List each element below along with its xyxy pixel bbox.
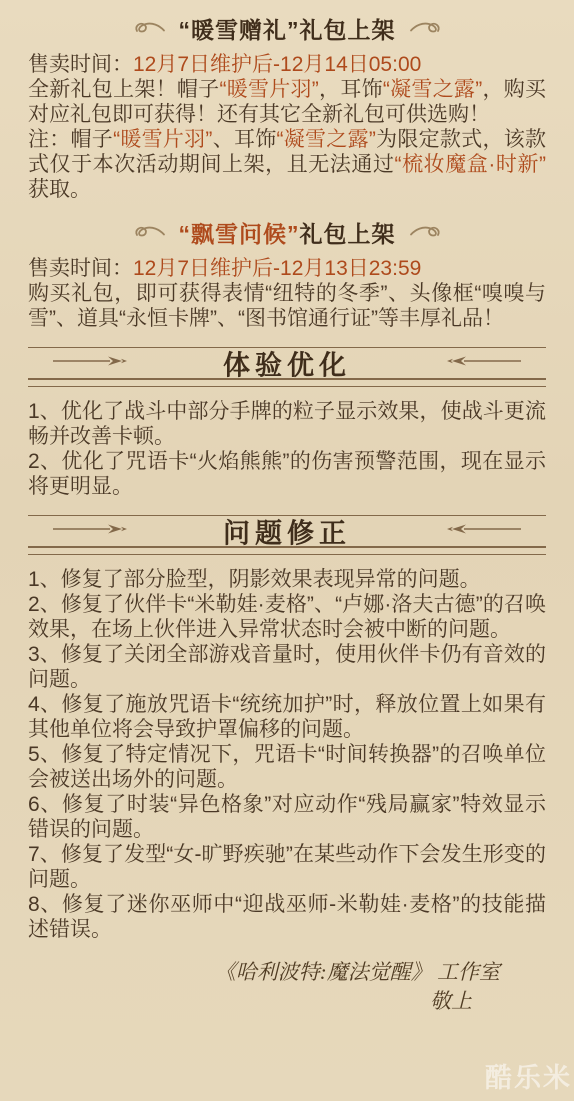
sale-time-value: 12月7日维护后-12月13日23:59 (133, 257, 421, 280)
signature-block: 《哈利波特:魔法觉醒》 工作室 敬上 (28, 958, 546, 1016)
arrow-left-icon (444, 522, 522, 540)
list-item: 1、优化了战斗中部分手牌的粒子显示效果，使战斗更流畅并改善卡顿。 (28, 399, 546, 449)
accent-text: “暖雪片羽” (219, 78, 318, 101)
accent-text: “凝雪之露” (277, 128, 376, 151)
pack2-title-accent: “飘雪问候” (179, 221, 300, 247)
pack1-note-paragraph: 注：帽子“暖雪片羽”、耳饰“凝雪之露”为限定款式，该款式仅于本次活动期间上架，且… (28, 127, 546, 202)
pack1-sale-time-row: 售卖时间：12月7日维护后-12月14日05:00 (28, 52, 546, 77)
plain-text: 获取。 (28, 178, 91, 201)
list-item: 3、修复了关闭全部游戏音量时，使用伙伴卡仍有音效的问题。 (28, 642, 546, 692)
list-item: 4、修复了施放咒语卡“统统加护”时，释放位置上如果有其他单位将会导致护罩偏移的问… (28, 692, 546, 742)
list-item: 2、优化了咒语卡“火焰熊熊”的伤害预警范围，现在显示将更明显。 (28, 449, 546, 499)
plain-text: 、耳饰 (212, 128, 276, 151)
pack1-header: “暖雪赠礼”礼包上架 (28, 12, 546, 44)
sale-time-label: 售卖时间： (28, 53, 133, 76)
announcement-page: “暖雪赠礼”礼包上架 售卖时间：12月7日维护后-12月14日05:00 全新礼… (0, 0, 574, 1101)
banner-title-row: 问题修正 (28, 516, 546, 546)
list-item: 1、修复了部分脸型，阴影效果表现异常的问题。 (28, 567, 546, 592)
pack2-title-rest: 礼包上架 (300, 221, 396, 247)
plain-text: 购买礼包，即可获得表情“纽特的冬季”、头像框“嗅嗅与雪”、道具“永恒卡牌”、“图… (28, 282, 546, 330)
list-item: 6、修复了时装“异色格象”对应动作“残局赢家”特效显示错误的问题。 (28, 792, 546, 842)
accent-text: “暖雪片羽” (113, 128, 212, 151)
signature-signoff: 敬上 (28, 987, 500, 1016)
sale-time-value: 12月7日维护后-12月14日05:00 (133, 53, 421, 76)
list-item: 2、修复了伙伴卡“米勒娃·麦格”、“卢娜·洛夫古德”的召唤效果，在场上伙伴进入异… (28, 592, 546, 642)
list-item: 5、修复了特定情况下，咒语卡“时间转换器”的召唤单位会被送出场外的问题。 (28, 742, 546, 792)
pack2-header: “飘雪问候”礼包上架 (28, 216, 546, 248)
accent-text: “凝雪之露” (383, 78, 482, 101)
list-item: 8、修复了迷你巫师中“迎战巫师-米勒娃·麦格”的技能描述错误。 (28, 892, 546, 942)
pack2-intro-paragraph: 购买礼包，即可获得表情“纽特的冬季”、头像框“嗅嗅与雪”、道具“永恒卡牌”、“图… (28, 281, 546, 331)
flourish-left-icon (133, 223, 167, 241)
banner-title-row: 体验优化 (28, 348, 546, 378)
signature-studio: 《哈利波特:魔法觉醒》 工作室 (215, 960, 500, 984)
plain-text: 注：帽子 (28, 128, 113, 151)
list-item: 7、修复了发型“女-旷野疾驰”在某些动作下会发生形变的问题。 (28, 842, 546, 892)
pack1-title: “暖雪赠礼”礼包上架 (179, 12, 396, 45)
arrow-left-icon (444, 354, 522, 372)
plain-text: 全新礼包上架！帽子 (28, 78, 219, 101)
optimization-list: 1、优化了战斗中部分手牌的粒子显示效果，使战斗更流畅并改善卡顿。2、优化了咒语卡… (28, 387, 546, 499)
pack2-title: “飘雪问候”礼包上架 (179, 216, 396, 249)
sale-time-label: 售卖时间： (28, 257, 133, 280)
pack1-intro-paragraph: 全新礼包上架！帽子“暖雪片羽”，耳饰“凝雪之露”，购买对应礼包即可获得！还有其它… (28, 77, 546, 127)
optimization-banner: 体验优化 (28, 347, 546, 387)
flourish-right-icon (408, 223, 442, 241)
flourish-right-icon (408, 19, 442, 37)
pack2-sale-time-row: 售卖时间：12月7日维护后-12月13日23:59 (28, 256, 546, 281)
flourish-left-icon (133, 19, 167, 37)
accent-text: “梳妆魔盒·时新” (395, 153, 546, 176)
fixes-list: 1、修复了部分脸型，阴影效果表现异常的问题。2、修复了伙伴卡“米勒娃·麦格”、“… (28, 555, 546, 942)
fixes-banner: 问题修正 (28, 515, 546, 555)
site-watermark: 酷乐米 (485, 1056, 572, 1095)
plain-text: ，耳饰 (319, 78, 383, 101)
